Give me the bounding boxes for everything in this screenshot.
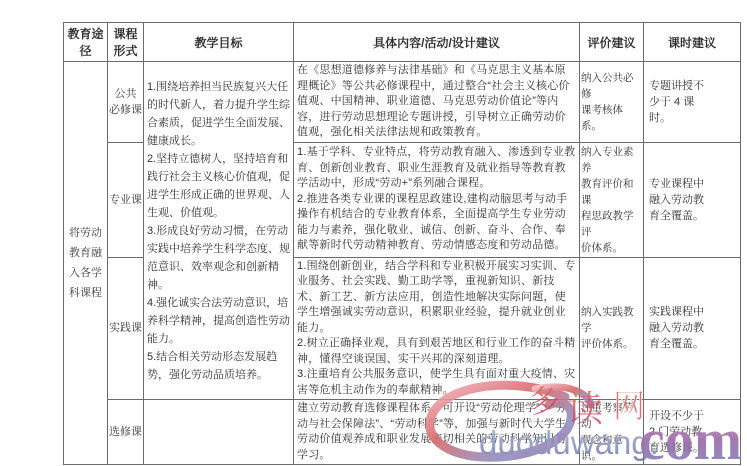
labor-education-curriculum-table: 教育途径 课程形式 教学目标 具体内容/活动/设计建议 评价建议 课时建议 将劳… — [63, 22, 741, 465]
hours-cell-elective: 开设不少于 2 门劳动教 育选修课。 — [644, 400, 741, 465]
evaluation-cell-elective: 注重考察劳动 观念和意识。 — [580, 400, 644, 465]
content-cell-professional: 1.基于学科、专业特点，将劳动教育融入、渗透到专业教育、创新创业教育、职业生涯教… — [294, 142, 580, 257]
evaluation-cell-public-compulsory: 纳入公共必修 课考核体系。 — [580, 62, 644, 143]
content-cell-practice: 1.围绕创新创业，结合学科和专业积极开展实习实训、专业服务、社会实践、勤工助学等… — [294, 257, 580, 400]
content-cell-public-compulsory: 在《思想道德修养与法律基础》和《马克思主义基本原理概论》等公共必修课程中，通过整… — [294, 62, 580, 143]
course-form-elective: 选修课 — [108, 400, 144, 465]
table-row: 选修课 建立劳动教育选修课程体系，可开设“劳动伦理学”、“劳动与社会保障法”、“… — [64, 400, 741, 465]
table-header-row: 教育途径 课程形式 教学目标 具体内容/活动/设计建议 评价建议 课时建议 — [64, 23, 741, 62]
course-form-public-compulsory: 公共 必修课 — [108, 62, 144, 143]
content-cell-elective: 建立劳动教育选修课程体系，可开设“劳动伦理学”、“劳动与社会保障法”、“劳动科学… — [294, 400, 580, 465]
hours-cell-practice: 实践课程中 融入劳动教 育全覆盖。 — [644, 257, 741, 400]
course-form-professional: 专业课 — [108, 142, 144, 257]
education-pathway-cell: 将劳动 教育融 入各学 科课程 — [64, 62, 108, 465]
teaching-objectives-empty-cell — [144, 400, 294, 465]
course-form-practice: 实践课 — [108, 257, 144, 400]
teaching-objectives-cell: 1.围绕培养担当民族复兴大任的时代新人，着力提升学生综合素质，促进学生全面发展、… — [144, 62, 294, 400]
table-row: 将劳动 教育融 入各学 科课程 公共 必修课 1.围绕培养担当民族复兴大任的时代… — [64, 62, 741, 143]
document-page: 教育途径 课程形式 教学目标 具体内容/活动/设计建议 评价建议 课时建议 将劳… — [0, 0, 747, 466]
header-class-hours-advice: 课时建议 — [644, 23, 741, 62]
header-teaching-objectives: 教学目标 — [144, 23, 294, 62]
hours-cell-professional: 专业课程中 融入劳动教 育全覆盖。 — [644, 142, 741, 257]
header-course-form: 课程形式 — [108, 23, 144, 62]
header-evaluation-advice: 评价建议 — [580, 23, 644, 62]
evaluation-cell-professional: 纳入专业素养 教育评价和课 程思政教学评 价体系。 — [580, 142, 644, 257]
hours-cell-public-compulsory: 专题讲授不 少于 4 课 时。 — [644, 62, 741, 143]
header-education-pathway: 教育途径 — [64, 23, 108, 62]
header-content-activities: 具体内容/活动/设计建议 — [294, 23, 580, 62]
evaluation-cell-practice: 纳入实践教学 评价体系。 — [580, 257, 644, 400]
